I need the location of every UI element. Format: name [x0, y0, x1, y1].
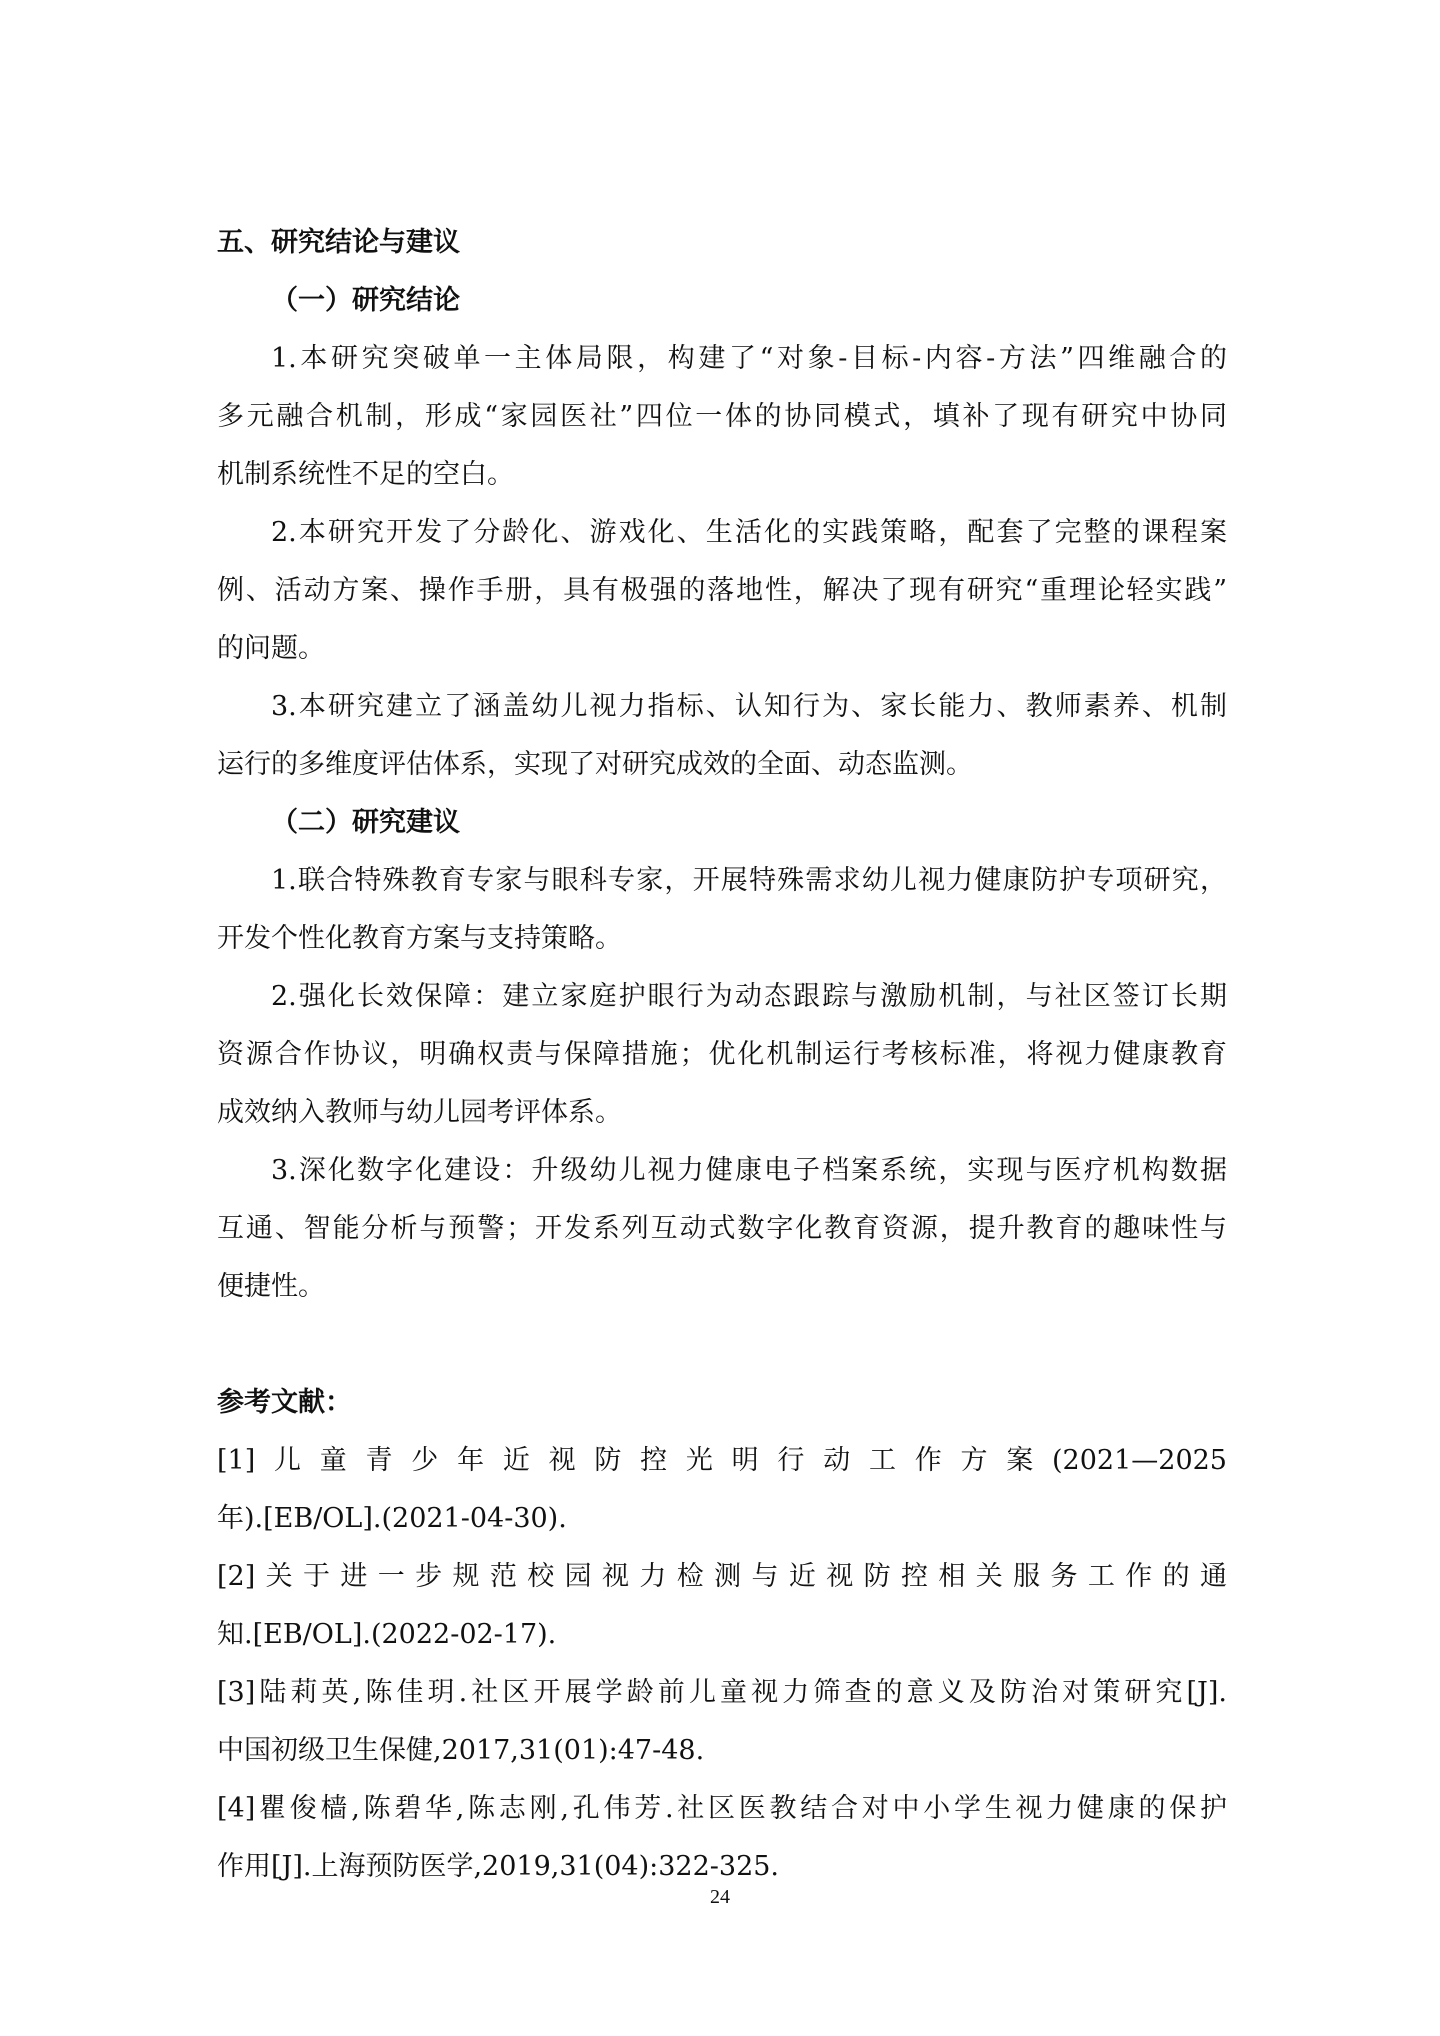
text-line: 的问题。 — [217, 620, 1227, 678]
reference-item: [1]儿童青少年近视防控光明行动工作方案(2021—2025 年).[EB/OL… — [217, 1432, 1227, 1548]
paragraph: 2.强化长效保障：建立家庭护眼行为动态跟踪与激励机制，与社区签订长期 资源合作协… — [217, 968, 1227, 1142]
text-line: 知.[EB/OL].(2022-02-17). — [217, 1606, 1227, 1664]
text-line: 1.联合特殊教育专家与眼科专家，开展特殊需求幼儿视力健康防护专项研究， — [217, 852, 1227, 910]
text-line: 运行的多维度评估体系，实现了对研究成效的全面、动态监测。 — [217, 736, 1227, 794]
text-line: 互通、智能分析与预警；开发系列互动式数字化教育资源，提升教育的趣味性与 — [217, 1200, 1227, 1258]
text-line: 成效纳入教师与幼儿园考评体系。 — [217, 1084, 1227, 1142]
text-line: 例、活动方案、操作手册，具有极强的落地性，解决了现有研究“重理论轻实践” — [217, 562, 1227, 620]
section-title: 五、研究结论与建议 — [217, 214, 1227, 272]
reference-item: [2]关于进一步规范校园视力检测与近视防控相关服务工作的通 知.[EB/OL].… — [217, 1548, 1227, 1664]
text-line: [1]儿童青少年近视防控光明行动工作方案(2021—2025 — [217, 1432, 1227, 1490]
spacer — [217, 1316, 1227, 1374]
text-line: 2.强化长效保障：建立家庭护眼行为动态跟踪与激励机制，与社区签订长期 — [217, 968, 1227, 1026]
document-page: 五、研究结论与建议 （一）研究结论 1.本研究突破单一主体局限，构建了“对象-目… — [217, 214, 1227, 1896]
paragraph: 3.本研究建立了涵盖幼儿视力指标、认知行为、家长能力、教师素养、机制 运行的多维… — [217, 678, 1227, 794]
text-line: 机制系统性不足的空白。 — [217, 446, 1227, 504]
text-line: 年).[EB/OL].(2021-04-30). — [217, 1490, 1227, 1548]
subsection-title-conclusions: （一）研究结论 — [217, 272, 1227, 330]
text-line: 3.深化数字化建设：升级幼儿视力健康电子档案系统，实现与医疗机构数据 — [217, 1142, 1227, 1200]
text-line: 便捷性。 — [217, 1258, 1227, 1316]
reference-item: [4]瞿俊樯,陈碧华,陈志刚,孔伟芳.社区医教结合对中小学生视力健康的保护 作用… — [217, 1780, 1227, 1896]
paragraph: 3.深化数字化建设：升级幼儿视力健康电子档案系统，实现与医疗机构数据 互通、智能… — [217, 1142, 1227, 1316]
paragraph: 1.联合特殊教育专家与眼科专家，开展特殊需求幼儿视力健康防护专项研究， 开发个性… — [217, 852, 1227, 968]
text-line: 中国初级卫生保健,2017,31(01):47-48. — [217, 1722, 1227, 1780]
references-heading: 参考文献： — [217, 1374, 1227, 1432]
text-line: [2]关于进一步规范校园视力检测与近视防控相关服务工作的通 — [217, 1548, 1227, 1606]
text-line: 资源合作协议，明确权责与保障措施；优化机制运行考核标准，将视力健康教育 — [217, 1026, 1227, 1084]
paragraph: 2.本研究开发了分龄化、游戏化、生活化的实践策略，配套了完整的课程案 例、活动方… — [217, 504, 1227, 678]
subsection-title-suggestions: （二）研究建议 — [217, 794, 1227, 852]
text-line: [4]瞿俊樯,陈碧华,陈志刚,孔伟芳.社区医教结合对中小学生视力健康的保护 — [217, 1780, 1227, 1838]
text-line: 开发个性化教育方案与支持策略。 — [217, 910, 1227, 968]
text-line: 1.本研究突破单一主体局限，构建了“对象-目标-内容-方法”四维融合的 — [217, 330, 1227, 388]
text-line: 2.本研究开发了分龄化、游戏化、生活化的实践策略，配套了完整的课程案 — [217, 504, 1227, 562]
text-line: [3]陆莉英,陈佳玥.社区开展学龄前儿童视力筛查的意义及防治对策研究[J]. — [217, 1664, 1227, 1722]
reference-item: [3]陆莉英,陈佳玥.社区开展学龄前儿童视力筛查的意义及防治对策研究[J]. 中… — [217, 1664, 1227, 1780]
text-line: 多元融合机制，形成“家园医社”四位一体的协同模式，填补了现有研究中协同 — [217, 388, 1227, 446]
text-line: 3.本研究建立了涵盖幼儿视力指标、认知行为、家长能力、教师素养、机制 — [217, 678, 1227, 736]
page-number: 24 — [0, 1886, 1440, 1909]
paragraph: 1.本研究突破单一主体局限，构建了“对象-目标-内容-方法”四维融合的 多元融合… — [217, 330, 1227, 504]
